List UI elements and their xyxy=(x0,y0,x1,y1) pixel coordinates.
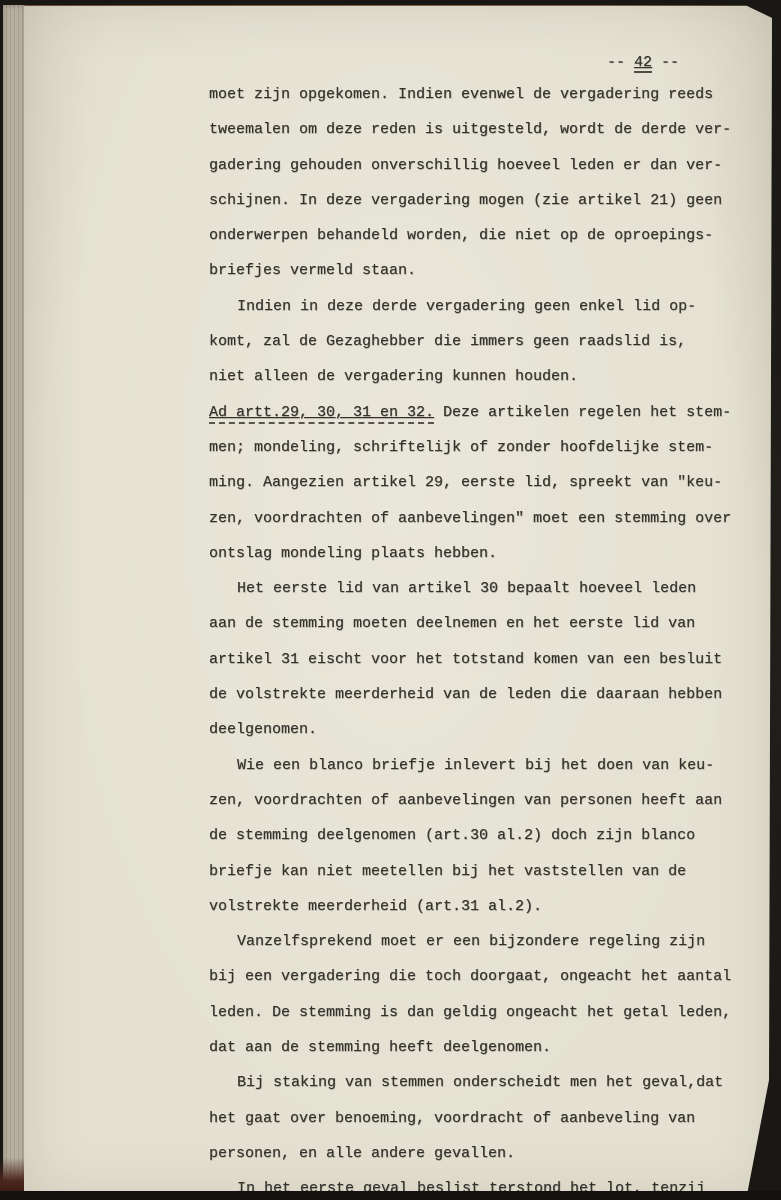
text-line: ontslag mondeling plaats hebben. xyxy=(209,536,731,571)
text-line: Bij staking van stemmen onderscheidt men… xyxy=(209,1065,731,1100)
text-line: ming. Aangezien artikel 29, eerste lid, … xyxy=(209,465,731,500)
text-line-content: zen, voordrachten of aanbevelingen van p… xyxy=(209,792,722,809)
text-line-content: dat aan de stemming heeft deelgenomen. xyxy=(209,1039,551,1056)
text-line-content: zen, voordrachten of aanbevelingen" moet… xyxy=(209,510,731,527)
text-line: bij een vergadering die toch doorgaat, o… xyxy=(209,959,731,994)
text-line: schijnen. In deze vergadering mogen (zie… xyxy=(209,183,731,218)
text-line: deelgenomen. xyxy=(209,712,731,747)
text-line-content: briefjes vermeld staan. xyxy=(209,262,416,279)
text-line: zen, voordrachten of aanbevelingen van p… xyxy=(209,783,731,818)
text-line: personen, en alle andere gevallen. xyxy=(209,1136,731,1171)
page-number-suffix: -- xyxy=(652,54,679,71)
text-line-content: de volstrekte meerderheid van de leden d… xyxy=(209,686,722,703)
typewritten-text-block: moet zijn opgekomen. Indien evenwel de v… xyxy=(209,77,731,1200)
text-line: de volstrekte meerderheid van de leden d… xyxy=(209,677,731,712)
text-line: zen, voordrachten of aanbevelingen" moet… xyxy=(209,501,731,536)
text-line: volstrekte meerderheid (art.31 al.2). xyxy=(209,889,731,924)
text-line: men; mondeling, schriftelijk of zonder h… xyxy=(209,430,731,465)
underlined-article-heading: Ad artt.29, 30, 31 en 32. xyxy=(209,404,434,424)
text-line-content: tweemalen om deze reden is uitgesteld, w… xyxy=(209,121,731,138)
text-line-content: aan de stemming moeten deelnemen en het … xyxy=(209,615,695,632)
text-line: briefjes vermeld staan. xyxy=(209,253,731,288)
text-line-content: Bij staking van stemmen onderscheidt men… xyxy=(237,1074,723,1091)
text-line-content: onderwerpen behandeld worden, die niet o… xyxy=(209,227,713,244)
text-line-content: Deze artikelen regelen het stem- xyxy=(434,404,731,421)
text-line: artikel 31 eischt voor het totstand kome… xyxy=(209,642,731,677)
text-line: gadering gehouden onverschillig hoeveel … xyxy=(209,148,731,183)
text-line: Ad artt.29, 30, 31 en 32. Deze artikelen… xyxy=(209,395,731,430)
photo-crop-band-top xyxy=(0,0,781,5)
text-line: Wie een blanco briefje inlevert bij het … xyxy=(209,748,731,783)
text-line-content: leden. De stemming is dan geldig ongeach… xyxy=(209,1004,731,1021)
text-line-content: bij een vergadering die toch doorgaat, o… xyxy=(209,968,731,985)
text-line-content: Vanzelfsprekend moet er een bijzondere r… xyxy=(237,933,705,950)
text-line-content: Indien in deze derde vergadering geen en… xyxy=(237,298,696,315)
text-line-content: personen, en alle andere gevallen. xyxy=(209,1145,515,1162)
text-line: onderwerpen behandeld worden, die niet o… xyxy=(209,218,731,253)
text-line: moet zijn opgekomen. Indien evenwel de v… xyxy=(209,77,731,112)
text-line-content: briefje kan niet meetellen bij het vasts… xyxy=(209,863,686,880)
text-line-content: schijnen. In deze vergadering mogen (zie… xyxy=(209,192,722,209)
text-line-content: ontslag mondeling plaats hebben. xyxy=(209,545,497,562)
text-line: Vanzelfsprekend moet er een bijzondere r… xyxy=(209,924,731,959)
text-line-content: Wie een blanco briefje inlevert bij het … xyxy=(237,757,714,774)
text-line-content: komt, zal de Gezaghebber die immers geen… xyxy=(209,333,686,350)
text-line-content: moet zijn opgekomen. Indien evenwel de v… xyxy=(209,86,713,103)
photo-crop-band-bottom xyxy=(0,1191,781,1200)
text-line: de stemming deelgenomen (art.30 al.2) do… xyxy=(209,818,731,853)
page-stack-edge xyxy=(3,5,27,1200)
text-line-content: artikel 31 eischt voor het totstand kome… xyxy=(209,651,722,668)
text-line-content: ming. Aangezien artikel 29, eerste lid, … xyxy=(209,474,722,491)
text-line: aan de stemming moeten deelnemen en het … xyxy=(209,606,731,641)
text-line-content: niet alleen de vergadering kunnen houden… xyxy=(209,368,578,385)
text-line-content: men; mondeling, schriftelijk of zonder h… xyxy=(209,439,713,456)
text-line: niet alleen de vergadering kunnen houden… xyxy=(209,359,731,394)
page-number-value: 42 xyxy=(634,54,652,73)
book-scan: -- 42 -- moet zijn opgekomen. Indien eve… xyxy=(0,0,781,1200)
text-line-content: deelgenomen. xyxy=(209,721,317,738)
text-line-content: gadering gehouden onverschillig hoeveel … xyxy=(209,157,722,174)
page-number: -- 42 -- xyxy=(607,45,679,80)
page-number-prefix: -- xyxy=(607,54,634,71)
text-line-content: de stemming deelgenomen (art.30 al.2) do… xyxy=(209,827,695,844)
text-line: tweemalen om deze reden is uitgesteld, w… xyxy=(209,112,731,147)
text-line: komt, zal de Gezaghebber die immers geen… xyxy=(209,324,731,359)
text-line-content: Het eerste lid van artikel 30 bepaalt ho… xyxy=(237,580,696,597)
text-line-content: het gaat over benoeming, voordracht of a… xyxy=(209,1110,695,1127)
text-line: briefje kan niet meetellen bij het vasts… xyxy=(209,854,731,889)
text-line: leden. De stemming is dan geldig ongeach… xyxy=(209,995,731,1030)
text-line: Het eerste lid van artikel 30 bepaalt ho… xyxy=(209,571,731,606)
text-line: het gaat over benoeming, voordracht of a… xyxy=(209,1101,731,1136)
text-line: dat aan de stemming heeft deelgenomen. xyxy=(209,1030,731,1065)
document-page: -- 42 -- moet zijn opgekomen. Indien eve… xyxy=(24,0,774,1200)
text-line: Indien in deze derde vergadering geen en… xyxy=(209,289,731,324)
text-line-content: volstrekte meerderheid (art.31 al.2). xyxy=(209,898,542,915)
